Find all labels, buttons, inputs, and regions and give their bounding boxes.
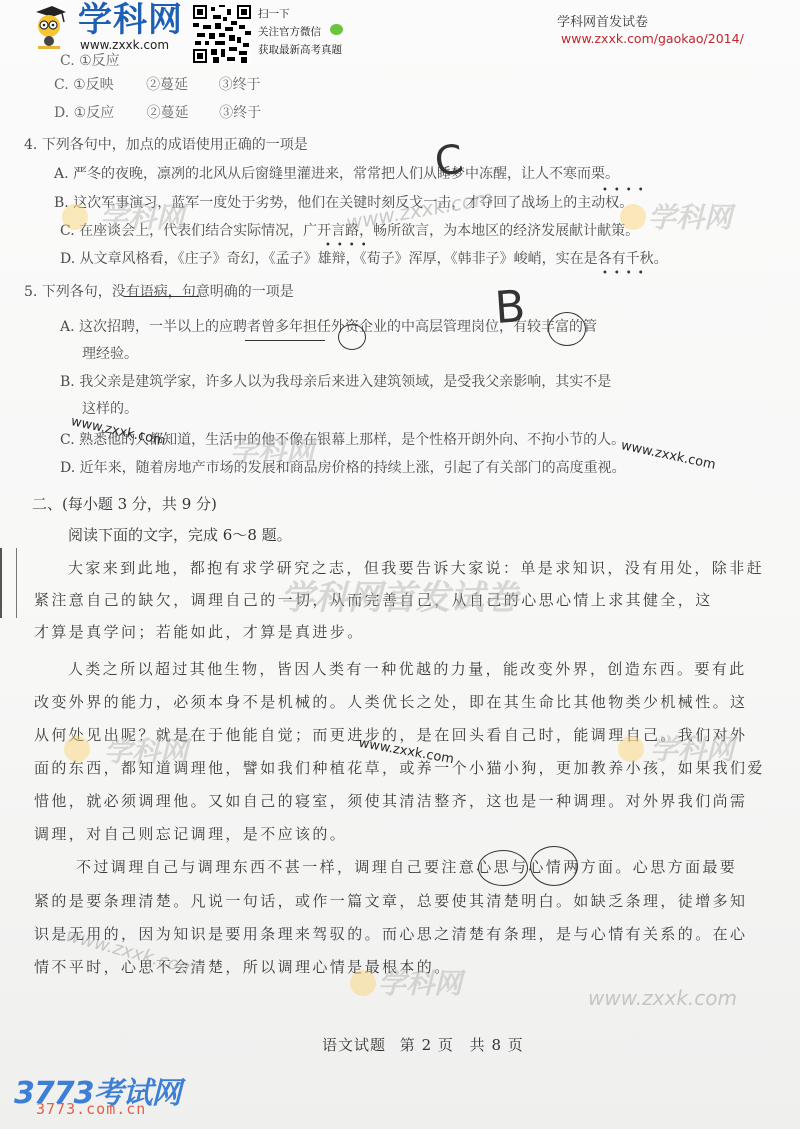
q3-option-d: D. ①反应 ②蔓延 ③终于 [54,102,261,122]
page-footer: 语文试题 第 2 页 共 8 页 [322,1034,524,1055]
watermark-mascot-icon [620,204,646,230]
qr-caption-line-3: 获取最新高考真题 [258,44,342,57]
watermark-mascot-icon [64,736,90,762]
handwritten-circle [530,846,578,886]
passage-line: 改变外界的能力，必须本身不是机械的。人类优长之处，即在其生命比其他物类少机械性。… [34,692,747,712]
watermark-logo: 学科网 [104,730,188,770]
watermark-mascot-icon [618,736,644,762]
watermark-logo: 学科网 [230,430,314,470]
passage-line: 惜他，就必须调理他。又如自己的寝室，须使其清洁整齐，这也是一种调理。对外界我们尚… [34,791,747,811]
handwritten-circle [338,324,366,350]
passage-line: 才算是真学问；若能如此，才算是真进步。 [34,622,365,642]
handwritten-underline [245,340,325,341]
handwritten-underline [124,296,199,297]
footer-subject: 语文试题 [322,1036,386,1054]
section-2-instruction: 阅读下面的文字，完成 6～8 题。 [68,526,292,544]
qr-code-icon [193,5,251,63]
scan-edge-mark [0,548,17,618]
passage-line: 人类之所以超过其他生物，皆因人类有一种优越的力量，能改变外界，创造东西。要有此 [68,659,747,679]
watermark-logo: 学科网 [100,196,184,236]
watermark-logo: 学科网 [378,962,462,1002]
q4-option-a: A. 严冬的夜晚，凛冽的北风从后窗缝里灌进来，常常把人们从睡梦中冻醒，让人不寒而… [54,165,619,183]
emphasis-dots: •••• [602,268,650,279]
q5-option-b: B. 我父亲是建筑学家，许多人以为我母亲后来进入建筑领域，是受我父亲影响，其实不… [60,373,611,391]
q4-stem: 4. 下列各句中，加点的成语使用正确的一项是 [24,136,308,154]
watermark-banner: 学科网首发试卷 [280,570,518,619]
watermark-mascot-icon [350,970,376,996]
passage-line: 紧的是要条理清楚。凡说一句话，或作一篇文章，总要使其清楚明白。如缺乏条理，徒增多… [34,891,747,911]
q3-option-c: C. ①反映 ②蔓延 ③终于 [54,74,261,94]
handwritten-answer-c: C [432,136,466,185]
option-label: C. [54,77,69,93]
q4-option-d: D. 从文章风格看，《庄子》奇幻，《孟子》雄辩，《荀子》浑厚，《韩非子》峻峭，实… [60,250,668,268]
q5-option-a-cont: 理经验。 [82,345,138,363]
section-2-heading: 二、(每小题 3 分，共 9 分) [32,495,217,513]
watermark-logo: 学科网 [648,196,732,236]
zxxk-mascot-icon [32,4,68,50]
qr-caption-line-1: 扫一下 [258,8,290,21]
watermark-logo: 学科网 [650,728,734,768]
zxxk-logo-text: 学科网 [78,2,183,38]
handwritten-circle [548,312,586,346]
wechat-icon [330,24,343,35]
q3-option-c-faint: C. ①反应 [60,50,120,70]
qr-caption-line-2: 关注官方微信 [258,26,321,39]
handwritten-circle [478,850,528,886]
passage-line: 不过调理自己与调理东西不甚一样，调理自己要注意心思与心情两方面。心思方面最要 [76,857,737,877]
header-title: 学科网首发试卷 [557,11,648,30]
header-url-link[interactable]: www.zxxk.com/gaokao/2014/ [561,31,744,46]
watermark-url-faint: www.zxxk.com [588,986,737,1010]
option-label: D. [54,105,69,121]
q5-option-b-cont: 这样的。 [82,400,138,418]
watermark-url: www.zxxk.com [619,438,716,473]
watermark-mascot-icon [62,204,88,230]
footer-total: 共 8 页 [470,1036,524,1054]
footer-page: 第 2 页 [400,1036,454,1054]
passage-line: 调理，对自己则忘记调理，是不应该的。 [34,824,347,844]
q5-option-d: D. 近年来，随着房地产市场的发展和商品房价格的持续上涨，引起了有关部门的高度重… [60,459,626,477]
passage-line: 识是无用的，因为知识是要用条理来驾驭的。而心思之清楚有条理，是与心情有关系的。在… [34,924,747,944]
brand-3773-url[interactable]: 3773.com.cn [36,1100,146,1118]
q5-stem: 5. 下列各句，没有语病，句意明确的一项是 [24,283,294,301]
handwritten-answer-b: B [493,281,527,334]
